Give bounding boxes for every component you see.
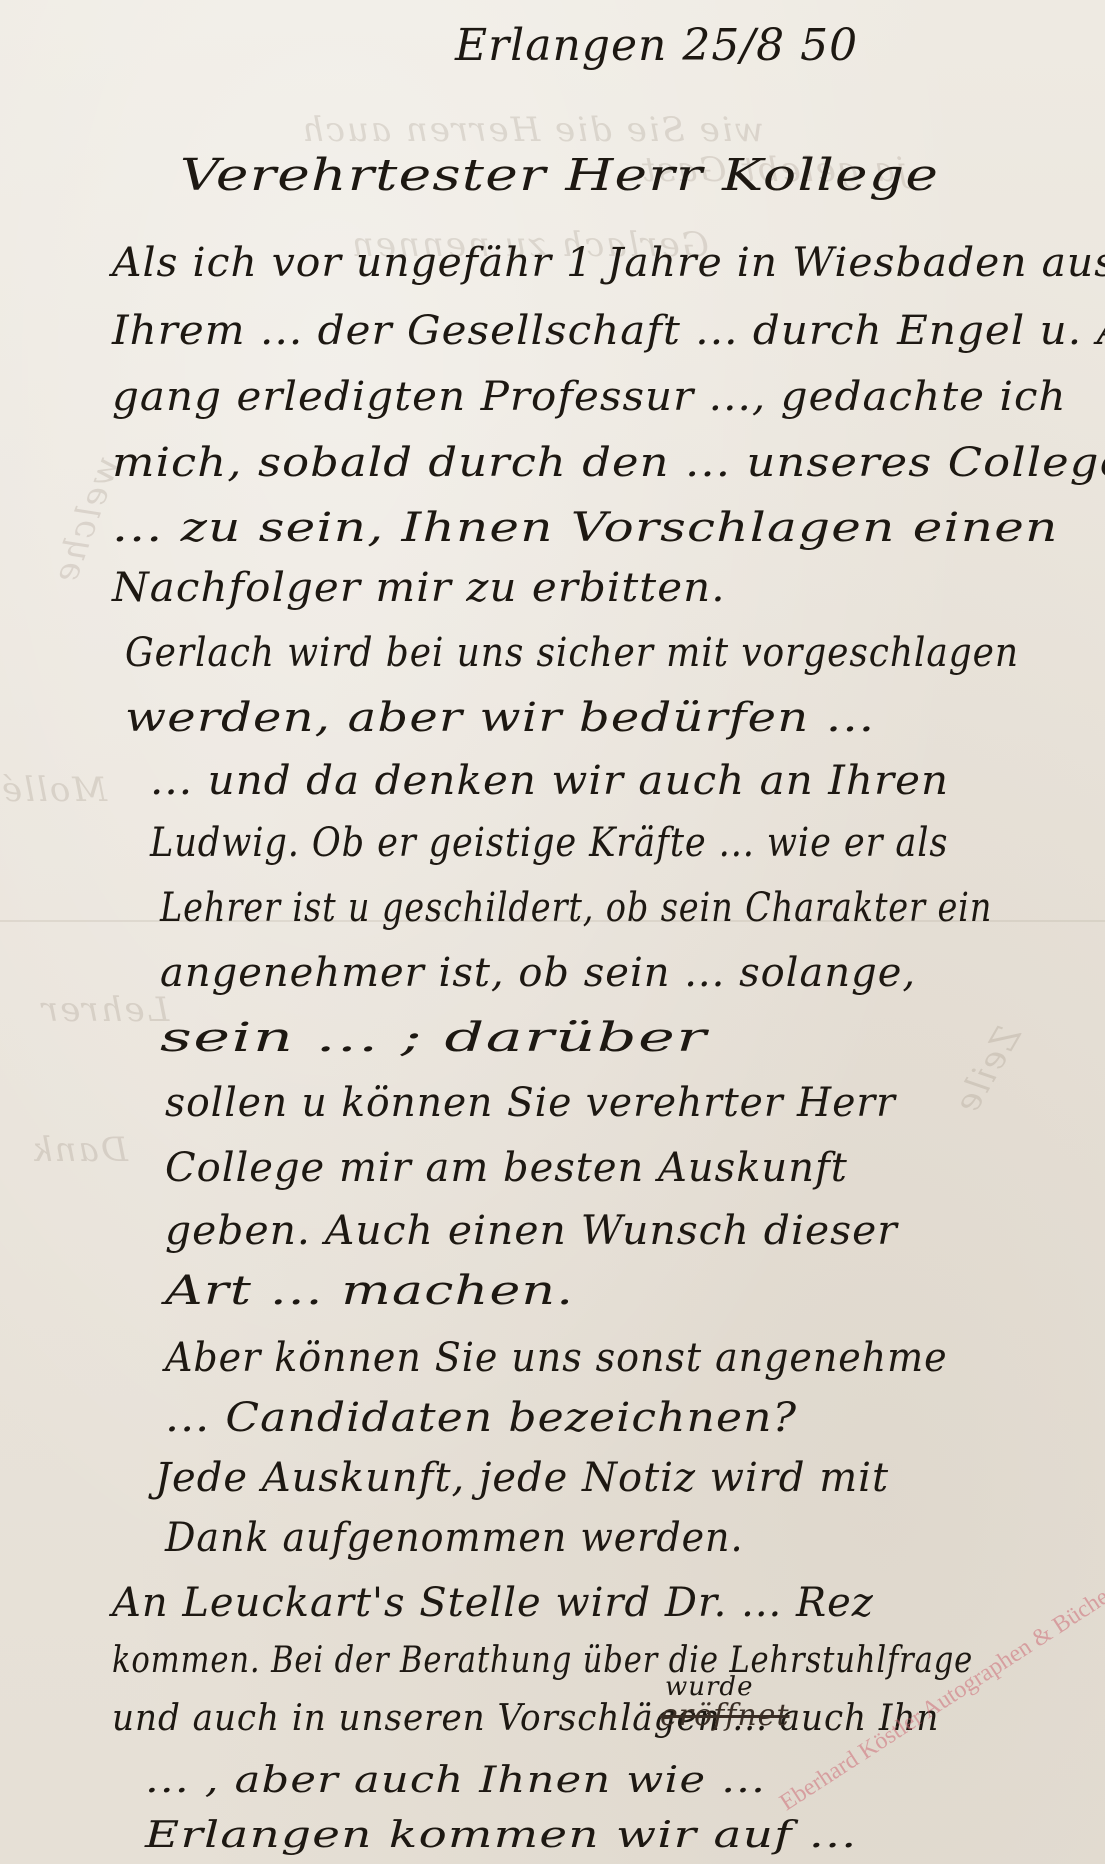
letter-line: geben. Auch einen Wunsch dieser	[165, 1208, 898, 1254]
letter-line: Als ich vor ungefähr 1 Jahre in Wiesbade…	[112, 240, 1105, 286]
bleed-through-text: Mollé	[0, 770, 107, 810]
struck-word: eröffnet	[660, 1698, 790, 1733]
letter-line: Art ... machen.	[165, 1268, 574, 1314]
letter-line: werden, aber wir bedürfen ...	[125, 695, 875, 741]
letter-line: sein ... ; darüber	[160, 1015, 708, 1061]
letter-line: gang erledigten Professur ..., gedachte …	[112, 374, 1067, 420]
bleed-through-text: Dank	[30, 1130, 128, 1170]
letter-line: Nachfolger mir zu erbitten.	[112, 565, 726, 611]
letter-line: Ludwig. Ob er geistige Kräfte ... wie er…	[150, 820, 948, 866]
letter-line: ... zu sein, Ihnen Vorschlagen einen	[112, 505, 1059, 551]
letter-page: wie Sie die Herren auch ja gelebt Gast G…	[0, 0, 1105, 1864]
letter-line: Ihrem ... der Gesellschaft ... durch Eng…	[112, 308, 1105, 354]
letter-line: und auch in unseren Vorschlägen ... auch…	[112, 1698, 939, 1739]
letter-line: Jede Auskunft, jede Notiz wird mit	[155, 1455, 889, 1501]
bleed-through-text: Zeile	[947, 1019, 1029, 1122]
letter-line: ... , aber auch Ihnen wie ...	[145, 1760, 766, 1801]
letter-line: ... Candidaten bezeichnen?	[165, 1395, 797, 1441]
letter-line: Gerlach wird bei uns sicher mit vorgesch…	[125, 630, 1019, 676]
letter-line: Dank aufgenommen werden.	[165, 1515, 744, 1561]
letter-line: Aber können Sie uns sonst angenehme	[165, 1335, 948, 1381]
letter-line: sollen u können Sie verehrter Herr	[165, 1080, 896, 1126]
bleed-through-text: Lehrer	[40, 990, 169, 1030]
letter-line: College mir am besten Auskunft	[165, 1145, 848, 1191]
salutation: Verehrtester Herr Kollege	[180, 150, 939, 201]
bleed-through-text: wie Sie die Herren auch	[300, 110, 764, 150]
letter-line: angenehmer ist, ob sein ... solange,	[160, 950, 916, 996]
place-date: Erlangen 25/8 50	[455, 20, 858, 71]
letter-line: Lehrer ist u geschildert, ob sein Charak…	[160, 885, 992, 931]
letter-line: ... und da denken wir auch an Ihren	[150, 758, 949, 804]
letter-line: Erlangen kommen wir auf ...	[145, 1815, 857, 1856]
letter-line: mich, sobald durch den ... unseres Colle…	[112, 440, 1105, 486]
letter-line: kommen. Bei der Berathung über die Lehrs…	[112, 1640, 973, 1681]
letter-line: An Leuckart's Stelle wird Dr. ... Rez	[112, 1580, 874, 1626]
